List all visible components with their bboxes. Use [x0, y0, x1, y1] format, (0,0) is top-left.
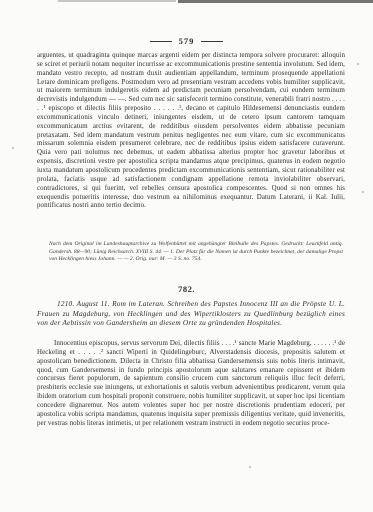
- latin-text-continuation-paragraph: arguentes, ut quadraginta quinque marcas…: [37, 52, 345, 211]
- scan-edge-artifact: [58, 0, 176, 2]
- scan-speck: [357, 63, 359, 65]
- scan-speck: [12, 147, 14, 149]
- source-footnote: Nach dem Original im Landeshauptarchive …: [49, 241, 343, 264]
- page-number-rule-right: [201, 41, 223, 42]
- scan-speck: [362, 191, 364, 193]
- entry-heading-german: 1210. August 11. Rom im Lateran. Schreib…: [37, 299, 345, 328]
- scan-edge-artifact: [178, 0, 373, 3]
- entry-number: 782.: [0, 284, 373, 294]
- page-number-rule-left: [150, 41, 172, 42]
- scanned-book-page: 579 arguentes, ut quadraginta quinque ma…: [0, 0, 373, 512]
- latin-letter-body: Innocentius episcopus, servus servorum D…: [37, 340, 345, 428]
- page-header: 579: [0, 37, 373, 46]
- page-number: 579: [179, 37, 195, 46]
- scan-speck: [249, 466, 251, 468]
